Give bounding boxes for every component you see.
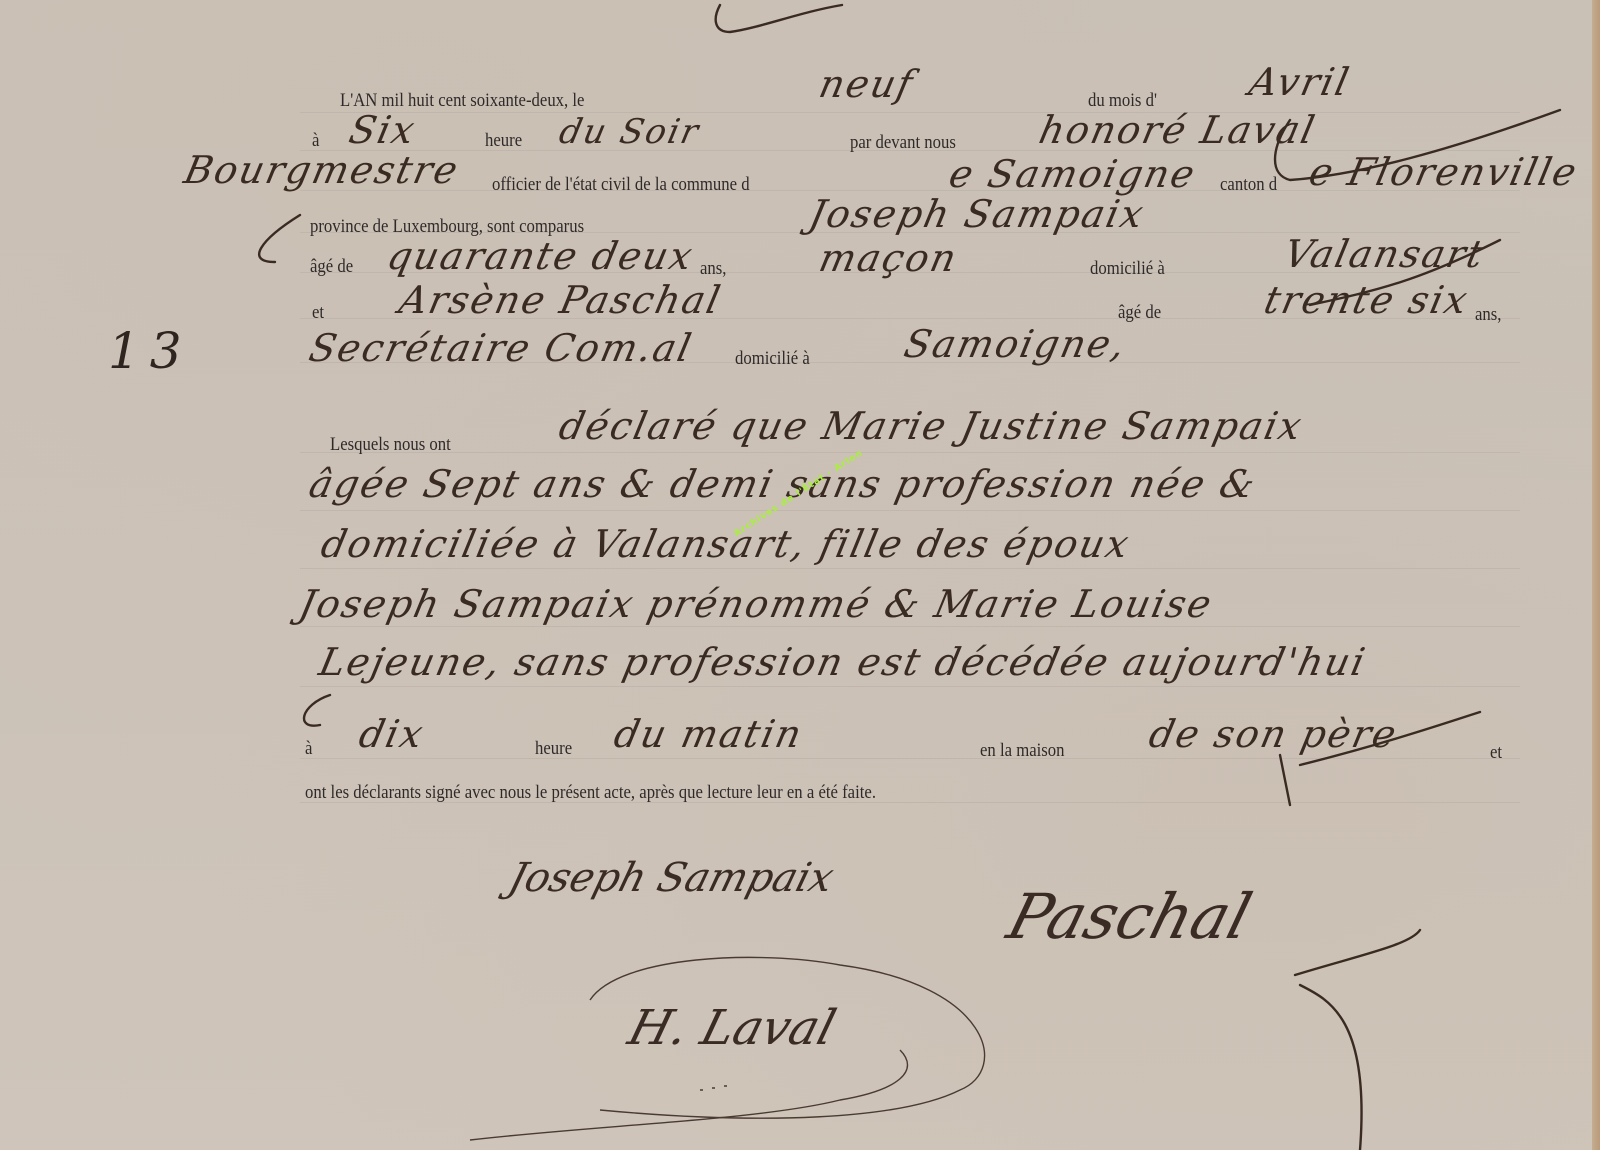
ink-flourishes — [0, 0, 1600, 1150]
document-page: L'AN mil huit cent soixante-deux, le neu… — [0, 0, 1600, 1150]
